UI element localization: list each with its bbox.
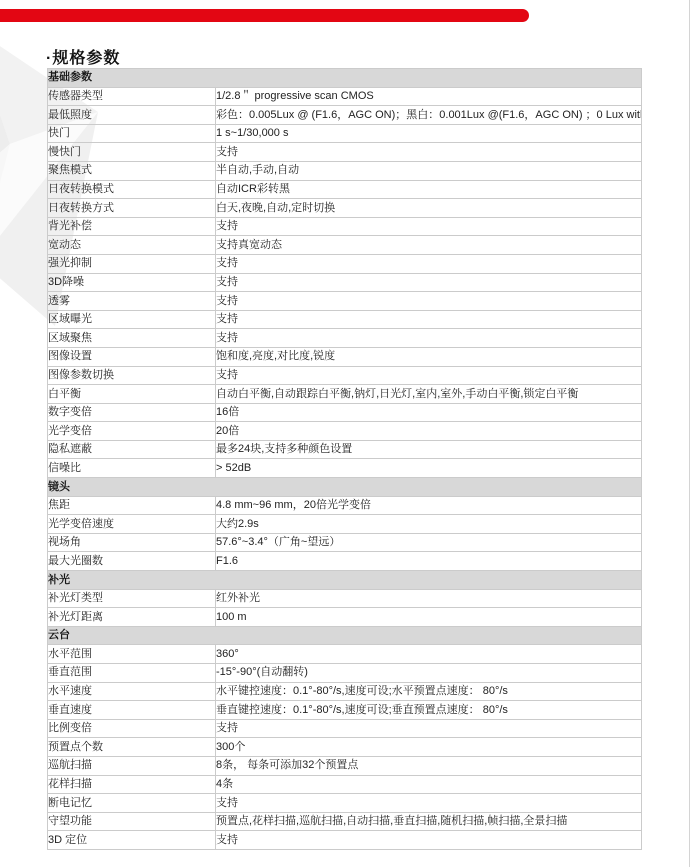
spec-row: 视场角57.6°~3.4°（广角~望远）: [48, 533, 642, 552]
spec-row: 白平衡自动白平衡,自动跟踪白平衡,钠灯,日光灯,室内,室外,手动白平衡,锁定白平…: [48, 385, 642, 404]
spec-row: 日夜转换方式白天,夜晚,自动,定时切换: [48, 199, 642, 218]
spec-row: 背光补偿支持: [48, 217, 642, 236]
spec-value: 支持: [216, 831, 642, 850]
spec-value: 支持: [216, 292, 642, 311]
spec-row: 光学变倍速度大约2.9s: [48, 515, 642, 534]
spec-value: 大约2.9s: [216, 515, 642, 534]
spec-label: 图像参数切换: [48, 366, 216, 385]
spec-value: -15°-90°(自动翻转): [216, 664, 642, 683]
section-row: 基础参数: [48, 69, 642, 88]
spec-row: 传感器类型1/2.8＂ progressive scan CMOS: [48, 87, 642, 106]
spec-row: 数字变倍16倍: [48, 403, 642, 422]
spec-row: 守望功能预置点,花样扫描,巡航扫描,自动扫描,垂直扫描,随机扫描,帧扫描,全景扫…: [48, 812, 642, 831]
spec-row: 区域聚焦支持: [48, 329, 642, 348]
spec-label: 3D 定位: [48, 831, 216, 850]
spec-label: 巡航扫描: [48, 756, 216, 775]
spec-value: 支持: [216, 217, 642, 236]
spec-row: 隐私遮蔽最多24块,支持多种颜色设置: [48, 440, 642, 459]
section-row: 镜头: [48, 478, 642, 497]
spec-row: 宽动态支持真宽动态: [48, 236, 642, 255]
spec-row: 3D降噪支持: [48, 273, 642, 292]
spec-label: 日夜转换方式: [48, 199, 216, 218]
spec-label: 区域曝光: [48, 310, 216, 329]
spec-label: 3D降噪: [48, 273, 216, 292]
spec-row: 比例变倍支持: [48, 719, 642, 738]
spec-row: 花样扫描4条: [48, 775, 642, 794]
spec-label: 宽动态: [48, 236, 216, 255]
spec-value: 16倍: [216, 403, 642, 422]
spec-value: 支持: [216, 310, 642, 329]
section-header: 补光: [48, 571, 642, 590]
spec-label: 快门: [48, 124, 216, 143]
spec-label: 补光灯类型: [48, 589, 216, 608]
spec-value: 20倍: [216, 422, 642, 441]
spec-label: 光学变倍速度: [48, 515, 216, 534]
spec-value: > 52dB: [216, 459, 642, 478]
spec-label: 背光补偿: [48, 217, 216, 236]
spec-row: 垂直速度垂直键控速度：0.1°-80°/s,速度可设;垂直预置点速度： 80°/…: [48, 701, 642, 720]
spec-value: 支持: [216, 719, 642, 738]
spec-label: 预置点个数: [48, 738, 216, 757]
spec-label: 守望功能: [48, 812, 216, 831]
spec-value: 支持真宽动态: [216, 236, 642, 255]
spec-value: 自动白平衡,自动跟踪白平衡,钠灯,日光灯,室内,室外,手动白平衡,锁定白平衡: [216, 385, 642, 404]
spec-label: 隐私遮蔽: [48, 440, 216, 459]
spec-value: F1.6: [216, 552, 642, 571]
spec-value: 支持: [216, 366, 642, 385]
spec-label: 区域聚焦: [48, 329, 216, 348]
spec-label: 慢快门: [48, 143, 216, 162]
spec-row: 日夜转换模式自动ICR彩转黑: [48, 180, 642, 199]
spec-label: 比例变倍: [48, 719, 216, 738]
spec-row: 强光抑制支持: [48, 254, 642, 273]
spec-label: 光学变倍: [48, 422, 216, 441]
section-row: 补光: [48, 571, 642, 590]
spec-label: 花样扫描: [48, 775, 216, 794]
spec-row: 聚焦模式半自动,手动,自动: [48, 161, 642, 180]
spec-value: 彩色：0.005Lux @ (F1.6，AGC ON)；黑白：0.001Lux …: [216, 106, 642, 125]
spec-value: 4条: [216, 775, 642, 794]
spec-row: 垂直范围-15°-90°(自动翻转): [48, 664, 642, 683]
section-header: 镜头: [48, 478, 642, 497]
spec-row: 巡航扫描8条， 每条可添加32个预置点: [48, 756, 642, 775]
page-right-border: [689, 0, 690, 867]
spec-row: 信噪比> 52dB: [48, 459, 642, 478]
spec-value: 自动ICR彩转黑: [216, 180, 642, 199]
spec-row: 最大光圈数F1.6: [48, 552, 642, 571]
spec-row: 断电记忆支持: [48, 794, 642, 813]
section-header: 基础参数: [48, 69, 642, 88]
spec-row: 透雾支持: [48, 292, 642, 311]
spec-value: 支持: [216, 254, 642, 273]
spec-label: 水平范围: [48, 645, 216, 664]
spec-value: 预置点,花样扫描,巡航扫描,自动扫描,垂直扫描,随机扫描,帧扫描,全景扫描: [216, 812, 642, 831]
spec-label: 白平衡: [48, 385, 216, 404]
spec-label: 图像设置: [48, 347, 216, 366]
spec-value: 4.8 mm~96 mm，20倍光学变倍: [216, 496, 642, 515]
spec-label: 数字变倍: [48, 403, 216, 422]
spec-label: 最低照度: [48, 106, 216, 125]
spec-row: 图像参数切换支持: [48, 366, 642, 385]
spec-label: 焦距: [48, 496, 216, 515]
top-red-banner: [0, 9, 529, 22]
spec-row: 焦距4.8 mm~96 mm，20倍光学变倍: [48, 496, 642, 515]
spec-label: 强光抑制: [48, 254, 216, 273]
section-header: 云台: [48, 626, 642, 645]
spec-label: 补光灯距离: [48, 608, 216, 627]
spec-value: 半自动,手动,自动: [216, 161, 642, 180]
spec-value: 1/2.8＂ progressive scan CMOS: [216, 87, 642, 106]
spec-value: 支持: [216, 329, 642, 348]
section-row: 云台: [48, 626, 642, 645]
spec-value: 300个: [216, 738, 642, 757]
spec-label: 垂直范围: [48, 664, 216, 683]
spec-row: 3D 定位支持: [48, 831, 642, 850]
spec-row: 水平范围360°: [48, 645, 642, 664]
spec-label: 聚焦模式: [48, 161, 216, 180]
spec-label: 垂直速度: [48, 701, 216, 720]
spec-row: 补光灯类型红外补光: [48, 589, 642, 608]
spec-row: 补光灯距离100 m: [48, 608, 642, 627]
spec-label: 视场角: [48, 533, 216, 552]
spec-value: 水平键控速度：0.1°-80°/s,速度可设;水平预置点速度： 80°/s: [216, 682, 642, 701]
spec-row: 图像设置饱和度,亮度,对比度,锐度: [48, 347, 642, 366]
spec-value: 支持: [216, 794, 642, 813]
spec-row: 慢快门支持: [48, 143, 642, 162]
spec-label: 断电记忆: [48, 794, 216, 813]
page-title: ·规格参数: [46, 45, 120, 68]
spec-value: 白天,夜晚,自动,定时切换: [216, 199, 642, 218]
spec-label: 水平速度: [48, 682, 216, 701]
spec-value: 支持: [216, 273, 642, 292]
spec-value: 360°: [216, 645, 642, 664]
spec-value: 垂直键控速度：0.1°-80°/s,速度可设;垂直预置点速度： 80°/s: [216, 701, 642, 720]
spec-table-body: 基础参数传感器类型1/2.8＂ progressive scan CMOS最低照…: [48, 69, 642, 850]
spec-table: 基础参数传感器类型1/2.8＂ progressive scan CMOS最低照…: [47, 68, 642, 850]
spec-value: 1 s~1/30,000 s: [216, 124, 642, 143]
spec-label: 最大光圈数: [48, 552, 216, 571]
spec-row: 最低照度彩色：0.005Lux @ (F1.6，AGC ON)；黑白：0.001…: [48, 106, 642, 125]
spec-row: 光学变倍20倍: [48, 422, 642, 441]
spec-row: 区域曝光支持: [48, 310, 642, 329]
spec-value: 红外补光: [216, 589, 642, 608]
spec-label: 信噪比: [48, 459, 216, 478]
spec-value: 支持: [216, 143, 642, 162]
spec-value: 100 m: [216, 608, 642, 627]
spec-value: 57.6°~3.4°（广角~望远）: [216, 533, 642, 552]
spec-label: 透雾: [48, 292, 216, 311]
spec-row: 预置点个数300个: [48, 738, 642, 757]
spec-row: 水平速度水平键控速度：0.1°-80°/s,速度可设;水平预置点速度： 80°/…: [48, 682, 642, 701]
spec-value: 饱和度,亮度,对比度,锐度: [216, 347, 642, 366]
spec-label: 日夜转换模式: [48, 180, 216, 199]
spec-value: 最多24块,支持多种颜色设置: [216, 440, 642, 459]
spec-value: 8条， 每条可添加32个预置点: [216, 756, 642, 775]
spec-label: 传感器类型: [48, 87, 216, 106]
spec-row: 快门1 s~1/30,000 s: [48, 124, 642, 143]
